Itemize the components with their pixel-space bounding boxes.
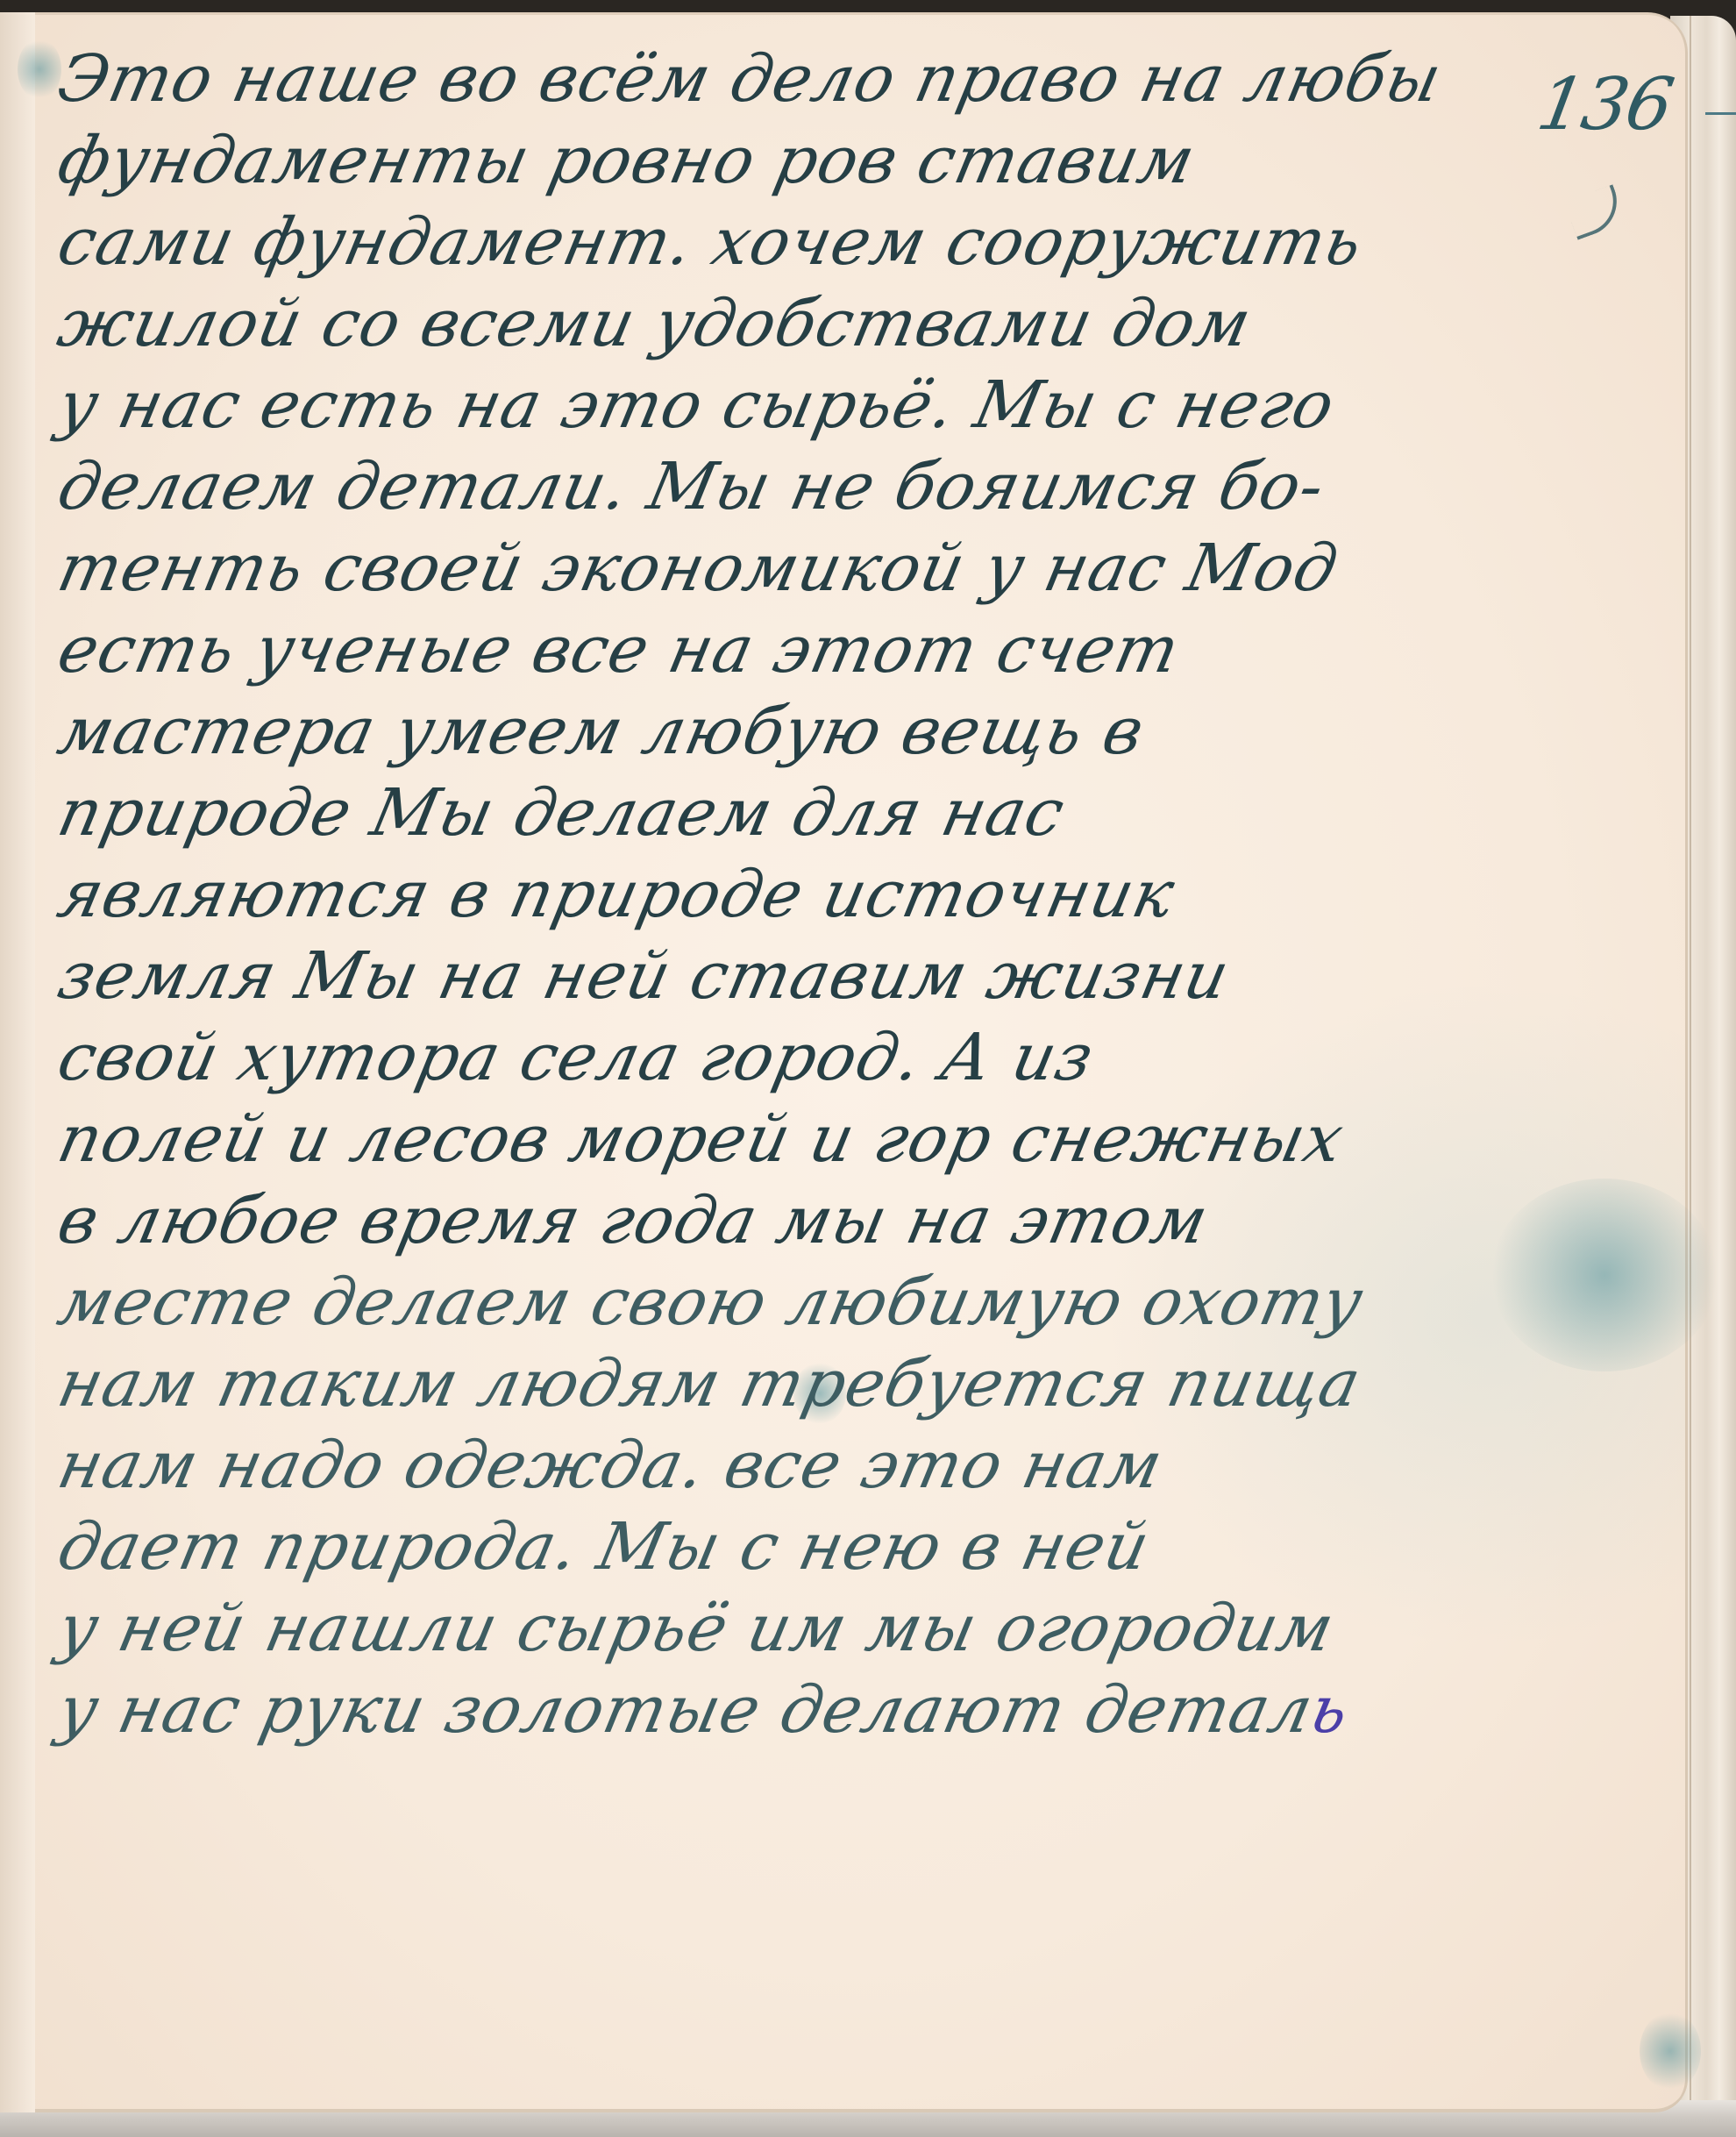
last-line-text: у нас руки золотые делают детал <box>52 1672 1320 1748</box>
text-line: сами фундамент. хочем сооружить <box>51 202 1611 283</box>
text-line: природе Мы делаем для нас <box>51 773 1611 854</box>
text-line: жилой со всеми удобствами дом <box>51 283 1611 365</box>
handwritten-text: Это наше во всём дело право на любы фунд… <box>51 39 1594 1751</box>
text-line: дает природа. Мы с нею в ней <box>51 1507 1611 1588</box>
text-line: у ней нашли сырьё им мы огородим <box>51 1588 1611 1670</box>
text-line: нам таким людям требуется пища <box>51 1343 1611 1425</box>
text-line: у нас есть на это сырьё. Мы с него <box>51 365 1611 446</box>
text-line-last: у нас руки золотые делают деталь <box>51 1670 1611 1751</box>
text-line: нам надо одежда. все это нам <box>51 1425 1611 1507</box>
text-line: свой хутора села город. А из <box>51 1017 1611 1099</box>
text-line: тенть своей экономикой у нас Мод <box>51 528 1611 609</box>
text-line: есть ученые все на этот счет <box>51 609 1611 691</box>
text-line: фундаменты ровно ров ставим <box>51 120 1611 202</box>
text-line: земля Мы на ней ставим жизни <box>51 936 1611 1017</box>
notebook-page: 136 Это наше во всём дело право на любы … <box>0 12 1688 2112</box>
text-line: в любое время года мы на этом <box>51 1180 1611 1262</box>
ink-blot <box>1640 2012 1701 2091</box>
text-line: являются в природе источник <box>51 854 1611 936</box>
text-line: месте делаем свою любимую охоту <box>51 1262 1611 1343</box>
text-line: мастера умеем любую вещь в <box>51 691 1611 773</box>
scanned-notebook-page: 136 Это наше во всём дело право на любы … <box>0 0 1736 2137</box>
text-line: Это наше во всём дело право на любы <box>51 39 1611 120</box>
text-line: делаем детали. Мы не бояимся бо- <box>51 446 1611 528</box>
text-line: полей и лесов морей и гор снежных <box>51 1099 1611 1180</box>
